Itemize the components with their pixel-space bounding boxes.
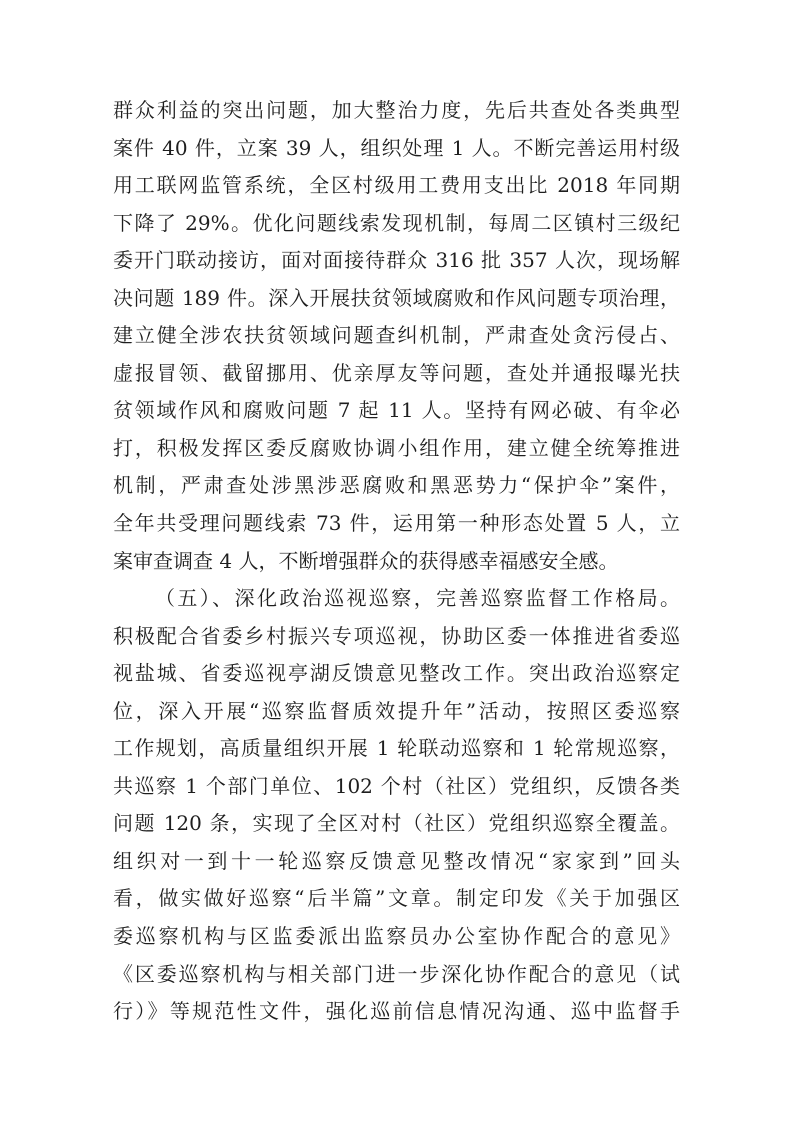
text-line: 共巡察 1 个部门单位、102 个村（社区）党组织，反馈各类 bbox=[113, 768, 680, 806]
document-text: 群众利益的突出问题，加大整治力度，先后共查处各类典型案件 40 件，立案 39 … bbox=[113, 92, 680, 1031]
text-line: 贫领域作风和腐败问题 7 起 11 人。坚持有网必破、有伞必 bbox=[113, 392, 680, 430]
text-line: 用工联网监管系统，全区村级用工费用支出比 2018 年同期 bbox=[113, 167, 680, 205]
text-line: 虚报冒领、截留挪用、优亲厚友等问题，查处并通报曝光扶 bbox=[113, 355, 680, 393]
text-line: 组织对一到十一轮巡察反馈意见整改情况“家家到”回头 bbox=[113, 843, 680, 881]
text-line: 工作规划，高质量组织开展 1 轮联动巡察和 1 轮常规巡察， bbox=[113, 730, 680, 768]
text-line: 积极配合省委乡村振兴专项巡视，协助区委一体推进省委巡 bbox=[113, 618, 680, 656]
text-line: （五）、深化政治巡视巡察，完善巡察监督工作格局。 bbox=[113, 580, 680, 618]
text-line: 看，做实做好巡察“后半篇”文章。制定印发《关于加强区 bbox=[113, 880, 680, 918]
text-line: 案件 40 件，立案 39 人，组织处理 1 人。不断完善运用村级 bbox=[113, 130, 680, 168]
text-line: 问题 120 条，实现了全区对村（社区）党组织巡察全覆盖。 bbox=[113, 805, 680, 843]
text-line: 全年共受理问题线索 73 件，运用第一种形态处置 5 人，立 bbox=[113, 505, 680, 543]
document-page: 群众利益的突出问题，加大整治力度，先后共查处各类典型案件 40 件，立案 39 … bbox=[0, 0, 794, 1123]
text-line: 决问题 189 件。深入开展扶贫领域腐败和作风问题专项治理， bbox=[113, 280, 680, 318]
text-line: 建立健全涉农扶贫领域问题查纠机制，严肃查处贪污侵占、 bbox=[113, 317, 680, 355]
text-line: 位，深入开展“巡察监督质效提升年”活动，按照区委巡察 bbox=[113, 693, 680, 731]
text-line: 委巡察机构与区监委派出监察员办公室协作配合的意见》 bbox=[113, 918, 680, 956]
text-line: 《区委巡察机构与相关部门进一步深化协作配合的意见（试 bbox=[113, 956, 680, 994]
text-line: 群众利益的突出问题，加大整治力度，先后共查处各类典型 bbox=[113, 92, 680, 130]
text-line: 下降了 29%。优化问题线索发现机制，每周二区镇村三级纪 bbox=[113, 205, 680, 243]
text-line: 案审查调查 4 人，不断增强群众的获得感幸福感安全感。 bbox=[113, 543, 680, 581]
text-line: 打，积极发挥区委反腐败协调小组作用，建立健全统筹推进 bbox=[113, 430, 680, 468]
text-line: 行）》等规范性文件，强化巡前信息情况沟通、巡中监督手 bbox=[113, 993, 680, 1031]
text-line: 委开门联动接访，面对面接待群众 316 批 357 人次，现场解 bbox=[113, 242, 680, 280]
text-line: 机制，严肃查处涉黑涉恶腐败和黑恶势力“保护伞”案件， bbox=[113, 467, 680, 505]
text-line: 视盐城、省委巡视亭湖反馈意见整改工作。突出政治巡察定 bbox=[113, 655, 680, 693]
